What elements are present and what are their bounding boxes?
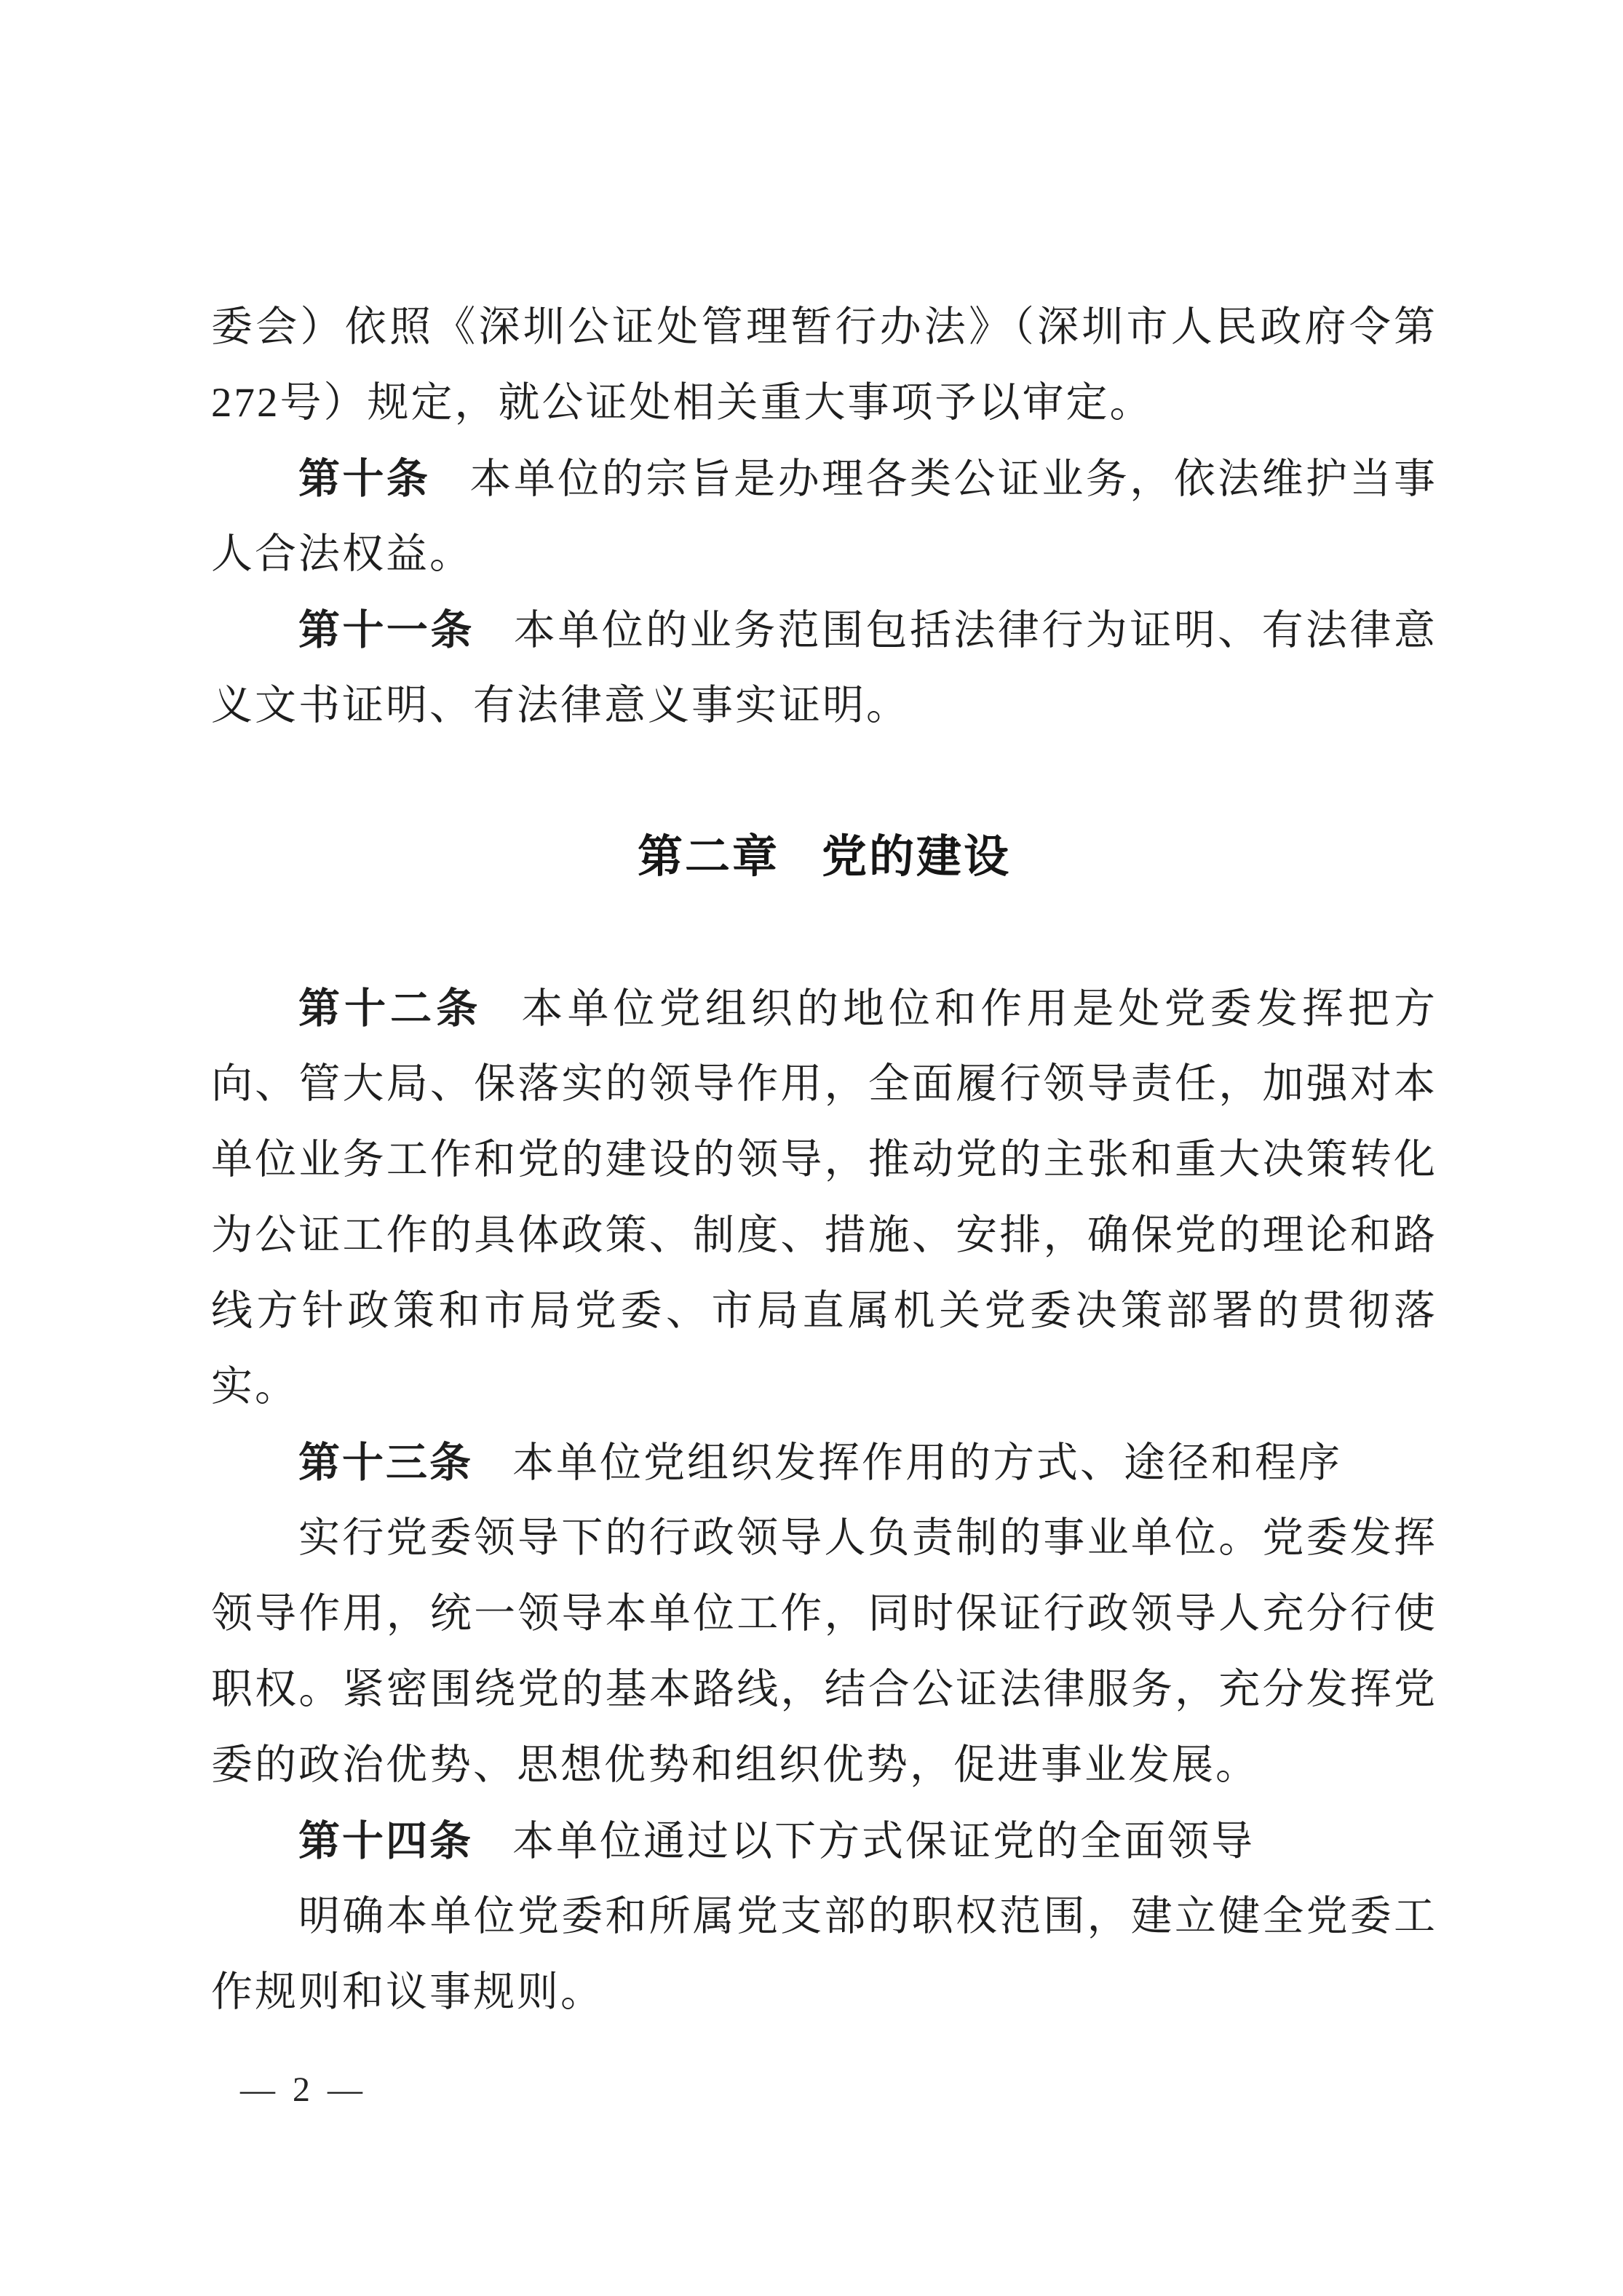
article-number-term: 第十条 [298, 456, 430, 502]
blank-line [211, 744, 1437, 819]
document-line: 作规则和议事规则。 [211, 1955, 1437, 2030]
document-line: 人合法权益。 [211, 517, 1437, 592]
document-line: 委会）依照《深圳公证处管理暂行办法》（深圳市人民政府令第 [211, 290, 1437, 365]
document-line: 线方针政策和市局党委、市局直属机关党委决策部署的贯彻落 [211, 1274, 1437, 1349]
document-line: 272号）规定，就公证处相关重大事项予以审定。 [211, 365, 1437, 441]
document-line: 实行党委领导下的行政领导人负责制的事业单位。党委发挥 [211, 1501, 1437, 1576]
document-line: 第十条本单位的宗旨是办理各类公证业务，依法维护当事 [211, 441, 1437, 517]
document-line: 第十二条本单位党组织的地位和作用是处党委发挥把方 [211, 971, 1437, 1046]
document-line: 实。 [211, 1349, 1437, 1425]
article-text: 本单位的宗旨是办理各类公证业务，依法维护当事 [469, 456, 1437, 502]
document-line: 义文书证明、有法律意义事实证明。 [211, 668, 1437, 744]
article-text: 本单位通过以下方式保证党的全面领导 [512, 1819, 1255, 1864]
document-line: 委的政治优势、思想优势和组织优势，促进事业发展。 [211, 1728, 1437, 1803]
page-number: — 2 — [240, 2068, 367, 2112]
document-line: 领导作用，统一领导本单位工作，同时保证行政领导人充分行使 [211, 1576, 1437, 1652]
document-line: 向、管大局、保落实的领导作用，全面履行领导责任，加强对本 [211, 1046, 1437, 1122]
document-line: 职权。紧密围绕党的基本路线，结合公证法律服务，充分发挥党 [211, 1652, 1437, 1728]
article-text: 本单位党组织的地位和作用是处党委发挥把方 [521, 986, 1437, 1032]
article-text: 本单位党组织发挥作用的方式、途径和程序 [512, 1440, 1342, 1486]
document-line: 单位业务工作和党的建设的领导，推动党的主张和重大决策转化 [211, 1122, 1437, 1198]
article-number-term: 第十一条 [298, 607, 475, 654]
document-line: 第十三条本单位党组织发挥作用的方式、途径和程序 [211, 1425, 1437, 1501]
document-body: 委会）依照《深圳公证处管理暂行办法》（深圳市人民政府令第 272号）规定，就公证… [0, 0, 1623, 2030]
document-line: 明确本单位党委和所属党支部的职权范围，建立健全党委工 [211, 1879, 1437, 1955]
article-number-term: 第十二条 [298, 985, 482, 1032]
article-number-term: 第十四条 [298, 1818, 473, 1864]
document-line: 为公证工作的具体政策、制度、措施、安排，确保党的理论和路 [211, 1198, 1437, 1274]
document-line: 第十四条本单位通过以下方式保证党的全面领导 [211, 1803, 1437, 1879]
article-number-term: 第十三条 [298, 1439, 473, 1486]
article-text: 本单位的业务范围包括法律行为证明、有法律意 [514, 608, 1437, 654]
chapter-title: 党的建设 [822, 832, 1011, 882]
chapter-heading: 第二章党的建设 [211, 819, 1437, 895]
blank-line [211, 895, 1437, 971]
document-page: 委会）依照《深圳公证处管理暂行办法》（深圳市人民政府令第 272号）规定，就公证… [0, 0, 1623, 2296]
chapter-number: 第二章 [638, 832, 779, 882]
document-line: 第十一条本单位的业务范围包括法律行为证明、有法律意 [211, 592, 1437, 668]
